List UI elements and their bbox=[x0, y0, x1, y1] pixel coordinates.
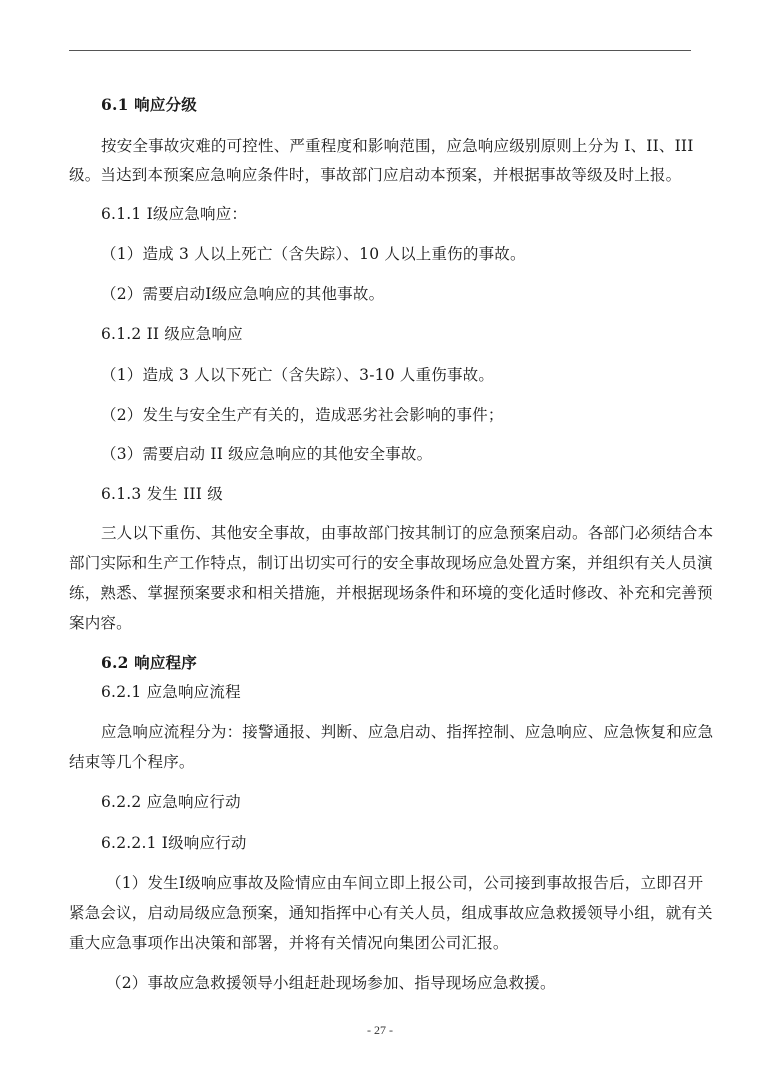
list-item: （1）造成 3 人以下死亡（含失踪）、3-10 人重伤事故。 bbox=[101, 365, 691, 385]
list-item-line: 紧急会议，启动局级应急预案，通知指挥中心有关人员，组成事故应急救援领导小组，就有… bbox=[69, 903, 691, 923]
list-item-line: （1）发生Ⅰ级响应事故及险情应由车间立即上报公司，公司接到事故报告后，立即召开 bbox=[106, 873, 691, 893]
list-item: （3）需要启动 II 级应急响应的其他安全事故。 bbox=[101, 444, 691, 464]
paragraph-line: 按安全事故灾难的可控性、严重程度和影响范围，应急响应级别原则上分为 I、II、I… bbox=[101, 136, 691, 156]
section-heading-6-2-2: 6.2.2 应急响应行动 bbox=[101, 792, 691, 812]
section-heading-6-1-3: 6.1.3 发生 III 级 bbox=[101, 484, 691, 504]
section-heading-6-1-2: 6.1.2 II 级应急响应 bbox=[101, 324, 691, 344]
list-item: （2）发生与安全生产有关的，造成恶劣社会影响的事件； bbox=[101, 405, 691, 425]
section-heading-6-1-1: 6.1.1 Ⅰ级应急响应： bbox=[101, 204, 691, 224]
paragraph-line: 应急响应流程分为：接警通报、判断、应急启动、指挥控制、应急响应、应急恢复和应急 bbox=[101, 722, 691, 742]
paragraph-line: 练，熟悉、掌握预案要求和相关措施，并根据现场条件和环境的变化适时修改、补充和完善… bbox=[69, 583, 691, 603]
paragraph-line: 级。当达到本预案应急响应条件时，事故部门应启动本预案，并根据事故等级及时上报。 bbox=[69, 165, 691, 185]
section-heading-6-1: 6.1 响应分级 bbox=[101, 95, 691, 115]
paragraph-line: 案内容。 bbox=[69, 613, 691, 633]
section-heading-6-2-2-1: 6.2.2.1 Ⅰ级响应行动 bbox=[101, 833, 691, 853]
section-heading-6-2: 6.2 响应程序 bbox=[101, 653, 691, 673]
section-heading-6-2-1: 6.2.1 应急响应流程 bbox=[101, 682, 691, 702]
page-number: - 27 - bbox=[0, 1023, 760, 1038]
header-rule bbox=[69, 50, 691, 51]
list-item-line: 重大应急事项作出决策和部署，并将有关情况向集团公司汇报。 bbox=[69, 933, 691, 953]
paragraph-line: 三人以下重伤、其他安全事故，由事故部门按其制订的应急预案启动。各部门必须结合本 bbox=[101, 523, 691, 543]
paragraph-line: 结束等几个程序。 bbox=[69, 752, 691, 772]
document-page: 6.1 响应分级 按安全事故灾难的可控性、严重程度和影响范围，应急响应级别原则上… bbox=[0, 0, 760, 1075]
list-item: （2）需要启动Ⅰ级应急响应的其他事故。 bbox=[101, 284, 691, 304]
list-item: （2）事故应急救援领导小组赶赴现场参加、指导现场应急救援。 bbox=[106, 973, 691, 993]
list-item: （1）造成 3 人以上死亡（含失踪）、10 人以上重伤的事故。 bbox=[101, 244, 691, 264]
paragraph-line: 部门实际和生产工作特点，制订出切实可行的安全事故现场应急处置方案，并组织有关人员… bbox=[69, 553, 691, 573]
